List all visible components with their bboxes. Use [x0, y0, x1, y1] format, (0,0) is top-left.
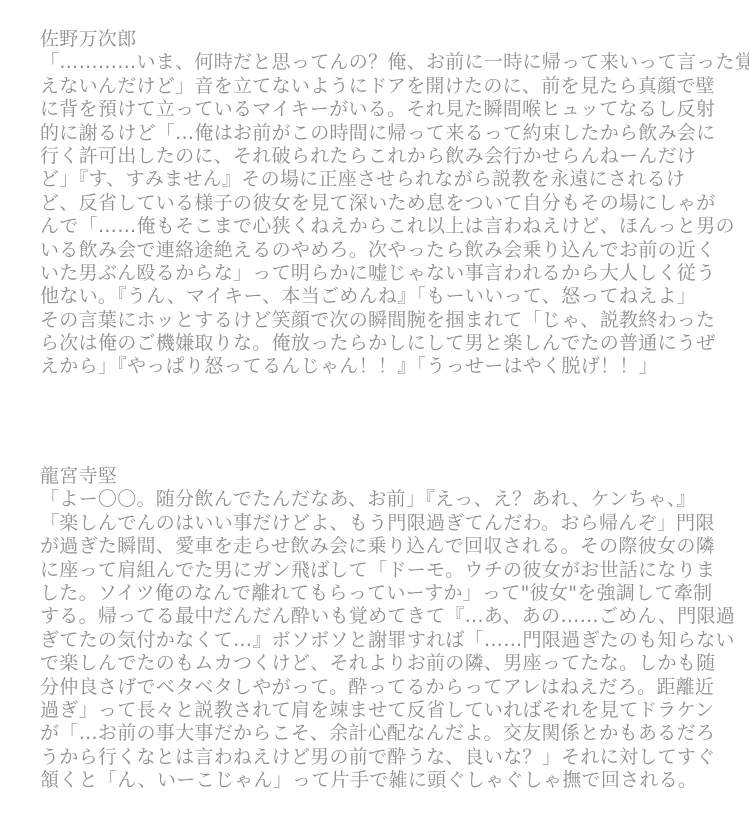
text-line: ど」『す、すみません』その場に正座させられながら説教を永遠にされるけ	[40, 168, 749, 191]
text-line: に座って肩組んでた男にガン飛ばして「ドーモ。ウチの彼女がお世話になりま	[40, 559, 735, 582]
section-heading: 佐野万次郎	[40, 28, 749, 51]
text-line: に背を預けて立っているマイキーがいる。それ見た瞬間喉ヒュッてなるし反射	[40, 98, 749, 121]
text-line: 頷くと「ん、いーこじゃん」って片手で雑に頭ぐしゃぐしゃ撫で回される。	[40, 769, 735, 792]
text-line: した。ソイツ俺のなんで離れてもらっていーすか」って"彼女"を強調して牽制	[40, 582, 735, 605]
text-line: する。帰ってる最中だんだん酔いも覚めてきて『…あ、あの……ごめん、門限過	[40, 605, 735, 628]
text-line: えから」『やっぱり怒ってるんじゃん！！』「うっせーはやく脱げ！！」	[40, 355, 749, 378]
text-line: いた男ぶん殴るからな」って明らかに嘘じゃない事言われるから大人しく従う	[40, 262, 749, 285]
text-line: 「よー〇〇。随分飲んでたんだなあ、お前」『えっ、え？あれ、ケンちゃ、』	[40, 488, 735, 511]
text-line: 行く許可出したのに、それ破られたらこれから飲み会行かせらんねーんだけ	[40, 145, 749, 168]
text-line: いる飲み会で連絡途絶えるのやめろ。次やったら飲み会乗り込んでお前の近く	[40, 239, 749, 262]
text-line: が「…お前の事大事だからこそ、余計心配なんだよ。交友関係とかもあるだろ	[40, 722, 735, 745]
text-line: 「楽しんでんのはいい事だけどよ、もう門限過ぎてんだわ。おら帰んぞ」門限	[40, 512, 735, 535]
text-line: 「…………いま、何時だと思ってんの？俺、お前に一時に帰って来いって言った覚	[40, 51, 749, 74]
text-line: ら次は俺のご機嫌取りな。俺放ったらかしにして男と楽しんでたの普通にうぜ	[40, 332, 749, 355]
text-line: で楽しんでたのもムカつくけど、それよりお前の隣、男座ってたな。しかも随	[40, 652, 735, 675]
text-line: 過ぎ」って長々と説教されて肩を竦ませて反省していればそれを見てドラケン	[40, 699, 735, 722]
text-line: 分仲良さげでベタベタしやがって。酔ってるからってアレはねえだろ。距離近	[40, 676, 735, 699]
section-ryuguji-ken: 龍宮寺堅 「よー〇〇。随分飲んでたんだなあ、お前」『えっ、え？あれ、ケンちゃ、』…	[40, 465, 735, 792]
text-line: その言葉にホッとするけど笑顔で次の瞬間腕を掴まれて「じゃ、説教終わった	[40, 309, 749, 332]
text-line: ぎてたの気付かなくて…』ボソボソと謝罪すれば「……門限過ぎたのも知らない	[40, 629, 735, 652]
text-line: 的に謝るけど「…俺はお前がこの時間に帰って来るって約束したから飲み会に	[40, 122, 749, 145]
section-sano-manjiro: 佐野万次郎 「…………いま、何時だと思ってんの？俺、お前に一時に帰って来いって言…	[40, 28, 749, 379]
text-line: 他ない。『うん、マイキー、本当ごめんね』「もーいいって、怒ってねえよ」	[40, 285, 749, 308]
document-page: 佐野万次郎 「…………いま、何時だと思ってんの？俺、お前に一時に帰って来いって言…	[0, 0, 749, 827]
text-line: ど、反省している様子の彼女を見て深いため息をついて自分もその場にしゃが	[40, 192, 749, 215]
text-line: んで「……俺もそこまで心狭くねえからこれ以上は言わねえけど、ほんっと男の	[40, 215, 749, 238]
text-line: えないんだけど」音を立てないようにドアを開けたのに、前を見たら真顔で壁	[40, 75, 749, 98]
text-line: うから行くなとは言わねえけど男の前で酔うな、良いな？」それに対してすぐ	[40, 746, 735, 769]
text-line: が過ぎた瞬間、愛車を走らせ飲み会に乗り込んで回収される。その際彼女の隣	[40, 535, 735, 558]
section-heading: 龍宮寺堅	[40, 465, 735, 488]
